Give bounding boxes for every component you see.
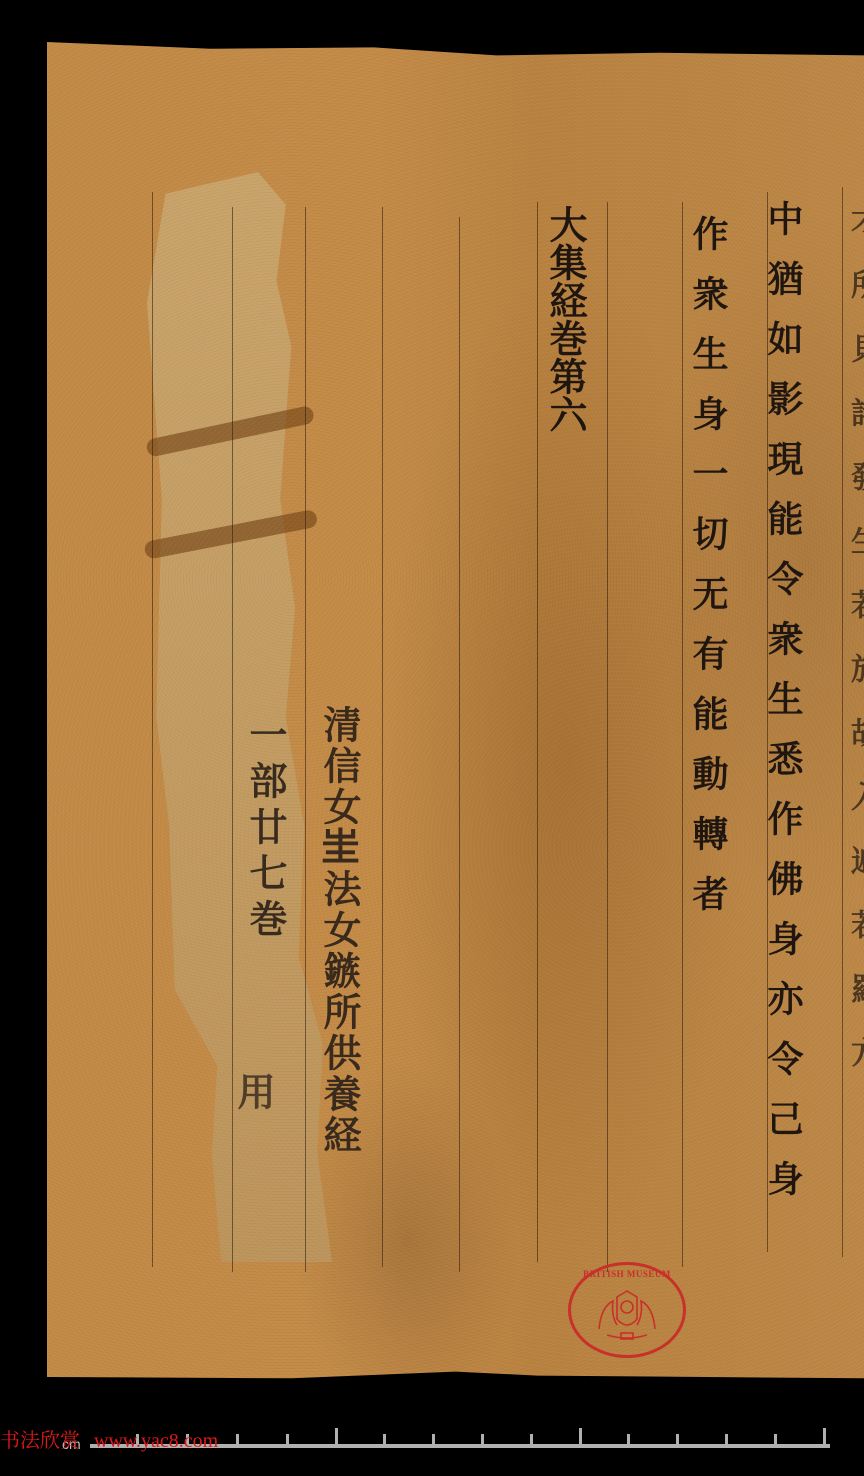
column-rule (152, 192, 153, 1267)
colophon-fragment: 用 (226, 1072, 281, 1110)
column-rule (232, 207, 233, 1272)
text-column-2: 作衆生身一切无有能動轉者 (690, 215, 726, 935)
watermark-chinese: 书法欣赏 (0, 1430, 80, 1452)
text-column-rightmost: 才所貝諸發生若於故入遍若羅方 (840, 205, 864, 1101)
column-rule (682, 202, 683, 1267)
manuscript-scroll (47, 42, 864, 1385)
colophon-side: 一部廿七巻 (238, 715, 293, 945)
colophon-main: 清信女𡉚法女鏃所供養経 (312, 705, 367, 1156)
text-column-1: 中猶如影現能令衆生悉作佛身亦令己身 (765, 200, 801, 1220)
seal-text: BRITISH MUSEUM (571, 1269, 683, 1279)
watermark-url: www.yac8.com (94, 1430, 218, 1452)
column-rule (607, 202, 608, 1272)
british-museum-seal: BRITISH MUSEUM (568, 1262, 686, 1358)
column-rule (459, 217, 460, 1272)
sutra-title: 大集経巻第六 (538, 205, 593, 433)
column-rule (305, 207, 306, 1272)
coat-of-arms-icon (587, 1285, 667, 1345)
site-watermark: 书法欣赏www.yac8.com (0, 1424, 218, 1453)
column-rule (382, 207, 383, 1267)
